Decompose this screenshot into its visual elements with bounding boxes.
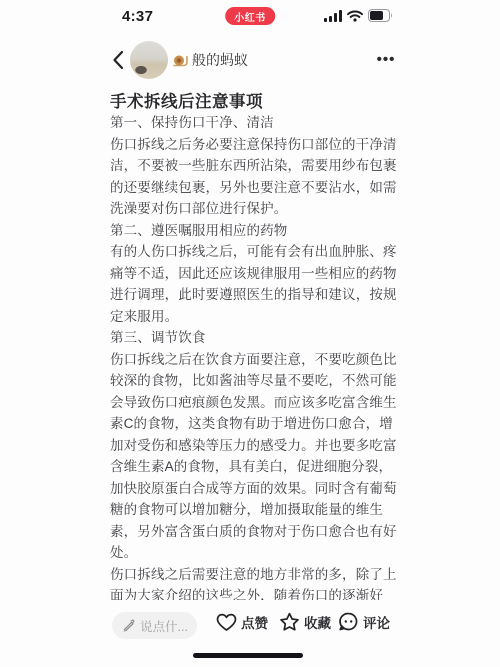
body-text-line: 定来服用。 (110, 306, 401, 328)
like-button[interactable]: 点赞 (216, 612, 268, 632)
comment-input-placeholder: 说点什... (140, 617, 188, 635)
body-text-line: 的还要继续包裹，另外也要注意不要沾水，如需 (110, 177, 401, 199)
body-text-line: 洗澡要对伤口部位进行保护。 (110, 198, 401, 220)
collect-label: 收藏 (304, 612, 331, 632)
status-icons (324, 9, 393, 22)
comment-button[interactable]: 评论 (338, 612, 390, 632)
body-text-line: 会导致伤口疤痕颜色发黑。而应该多吃富含维生 (110, 392, 401, 414)
post-title: 手术拆线后注意事项 (110, 88, 400, 112)
collect-button[interactable]: 收藏 (279, 612, 331, 632)
xiaohongshu-post-screen: 4:37 小红书 (0, 0, 500, 667)
chevron-left-icon (112, 50, 124, 70)
heart-icon (216, 613, 237, 632)
post-body-text: 第一、保持伤口干净、清洁伤口拆线之后务必要注意保持伤口部位的干净清洁，不要被一些… (110, 112, 401, 600)
author-name-label: 般的蚂蚁 (192, 50, 248, 70)
body-text-line: 进行调理，此时要遵照医生的指导和建议，按规 (110, 284, 401, 306)
body-text-line: 第二、遵医嘱服用相应的药物 (110, 220, 401, 242)
body-text-line: 面为大家介绍的这些之外，随着伤口的逐渐好 (110, 585, 401, 600)
xiaohongshu-badge[interactable]: 小红书 (225, 7, 275, 25)
wifi-icon (347, 10, 363, 22)
battery-icon (368, 9, 393, 22)
author-avatar[interactable] (130, 41, 168, 79)
body-text-line: 素，另外富含蛋白质的食物对于伤口愈合也有好 (110, 521, 401, 543)
body-text-line: 有的人伤口拆线之后，可能有会有出血肿胀、疼 (110, 241, 401, 263)
body-text-line: 痛等不适，因此还应该规律服用一些相应的药物 (110, 263, 401, 285)
nav-bar: 般的蚂蚁 ••• (96, 40, 404, 80)
body-text-line: 素C的食物，这类食物有助于增进伤口愈合，增 (110, 413, 401, 435)
body-text-line: 伤口拆线之后在饮食方面要注意，不要吃颜色比 (110, 349, 401, 371)
pencil-icon (122, 619, 135, 632)
author-name[interactable]: 般的蚂蚁 (172, 50, 248, 70)
phone-viewport: 4:37 小红书 (96, 0, 404, 667)
body-text-line: 第一、保持伤口干净、清洁 (110, 112, 401, 134)
more-options-button[interactable]: ••• (370, 44, 402, 74)
body-text-line: 糖的食物可以增加糖分，增加摄取能量的维生 (110, 499, 401, 521)
body-text-line: 伤口拆线之后务必要注意保持伤口部位的干净清 (110, 134, 401, 156)
status-time: 4:37 (122, 8, 153, 25)
body-text-line: 处。 (110, 542, 401, 564)
body-text-line: 伤口拆线之后需要注意的地方非常的多，除了上 (110, 564, 401, 586)
comment-bubble-icon (338, 612, 359, 632)
like-label: 点赞 (241, 612, 268, 632)
body-text-line: 第三、调节饮食 (110, 327, 401, 349)
home-indicator[interactable] (193, 653, 303, 658)
body-text-line: 加对受伤和感染等压力的感受力。并也要多吃富 (110, 435, 401, 457)
comment-input[interactable]: 说点什... (112, 612, 197, 639)
body-text-line: 加快胶原蛋白合成等方面的效果。同时含有葡萄 (110, 478, 401, 500)
back-button[interactable] (106, 48, 130, 72)
snail-emoji-icon (172, 53, 189, 67)
comment-label: 评论 (363, 612, 390, 632)
body-text-line: 较深的食物，比如酱油等尽量不要吃，不然可能 (110, 370, 401, 392)
ellipsis-icon: ••• (377, 51, 396, 68)
xiaohongshu-badge-label: 小红书 (234, 9, 266, 24)
star-icon (279, 612, 300, 632)
body-text-line: 含维生素A的食物，具有美白，促进细胞分裂， (110, 456, 401, 478)
status-bar: 4:37 小红书 (96, 0, 404, 32)
cellular-signal-icon (324, 10, 342, 22)
body-text-line: 洁，不要被一些脏东西所沾染，需要用纱布包裹 (110, 155, 401, 177)
